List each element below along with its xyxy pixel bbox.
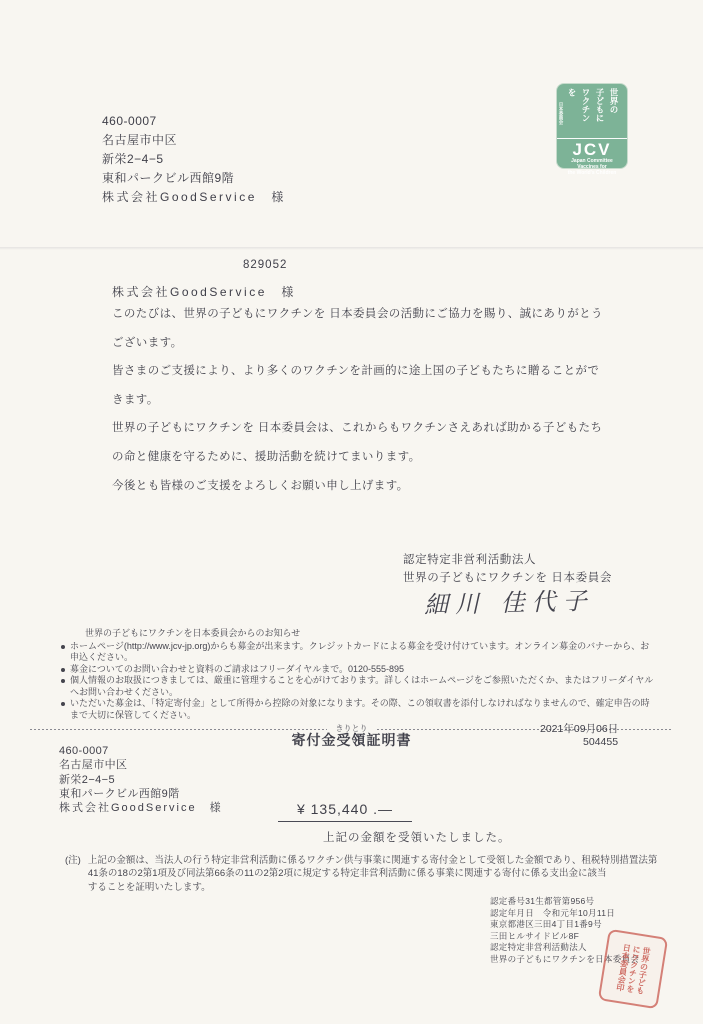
bullet-icon xyxy=(61,645,65,649)
note-line: することを証明いたします。 xyxy=(88,881,658,894)
bullet-icon xyxy=(61,702,65,706)
body-line: の命と健康を守るために、援助活動を続けてまいります。 xyxy=(112,443,603,472)
bullet-text: いただいた募金は、「特定寄付金」として所得から控除の対象になります。その際、この… xyxy=(70,698,658,721)
received-statement: 上記の金額を受領いたしました。 xyxy=(323,829,511,845)
bullet-text: 募金についてのお問い合わせと資料のご請求はフリーダイヤルまで。0120-555-… xyxy=(70,664,658,676)
bullet-icon xyxy=(61,668,65,672)
handwritten-signature: 細川 佳代子 xyxy=(424,581,594,620)
address-line: 名古屋市中区 xyxy=(102,131,286,150)
body-line: ございます。 xyxy=(112,329,603,358)
certificate-serial-number: 504455 xyxy=(583,736,618,749)
note-line: 上記の金額は、当法人の行う特定非営利活動に係るワクチン供与事業に関連する寄付金と… xyxy=(88,854,658,867)
address-line: 東和パークビル西館9階 xyxy=(59,787,223,801)
note-line: 41条の18の2第1項及び同法第66条の11の2第2項に規定する特定非営利活動に… xyxy=(88,867,658,880)
legal-note: (注) 上記の金額は、当法人の行う特定非営利活動に係るワクチン供与事業に関連する… xyxy=(65,854,657,894)
logo-text-col: 世界の xyxy=(607,88,620,138)
recipient-address-top: 460-0007 名古屋市中区 新栄2−4−5 東和パークビル西館9階 株式会社… xyxy=(102,112,286,207)
jcv-subtitle: the World's Children xyxy=(557,171,627,177)
donation-amount: ¥ 135,440 .— xyxy=(278,801,412,822)
logo-text-col: を xyxy=(565,88,578,138)
notice-section: 世界の子どもにワクチンを日本委員会からのお知らせ ホームページ(http://w… xyxy=(61,628,658,721)
letter-body: このたびは、世界の子どもにワクチンを 日本委員会の活動にご協力を賜り、誠にありが… xyxy=(112,300,603,500)
logo-text-col: ワクチン xyxy=(579,88,592,138)
recipient-name: 株式会社GoodService 様 xyxy=(59,801,223,815)
official-seal-stamp-icon: 世界の子ども にワクチンを 日本委員会印 xyxy=(598,929,669,1009)
body-line: きます。 xyxy=(112,386,603,415)
jcv-logo-japanese-text: 世界の 子どもに ワクチン を 日本委員会 xyxy=(557,84,625,138)
bullet-text: 個人情報のお取扱につきましては、厳重に管理することを心がけております。詳しくはホ… xyxy=(70,675,658,698)
address-line: 新栄2−4−5 xyxy=(102,150,286,169)
bullet-text: ホームページ(http://www.jcv-jp.org)からも募金が出来ます。… xyxy=(70,641,658,664)
notice-heading: 世界の子どもにワクチンを日本委員会からのお知らせ xyxy=(85,628,658,640)
salutation: 株式会社GoodService 様 xyxy=(112,283,296,300)
logo-text-sub: 日本委員会 xyxy=(558,102,564,138)
note-label: (注) xyxy=(65,854,81,894)
notice-bullet: 募金についてのお問い合わせと資料のご請求はフリーダイヤルまで。0120-555-… xyxy=(61,664,658,676)
certification-number: 認定番号31生都管第956号 xyxy=(490,896,639,908)
seal-text: 世界の子ども にワクチンを 日本委員会印 xyxy=(614,943,651,995)
donation-receipt-letter: 460-0007 名古屋市中区 新栄2−4−5 東和パークビル西館9階 株式会社… xyxy=(0,0,703,1024)
notice-bullet: いただいた募金は、「特定寄付金」として所得から控除の対象になります。その際、この… xyxy=(61,698,658,721)
jcv-acronym: JCV xyxy=(557,140,627,159)
logo-text-col: 子どもに xyxy=(593,88,606,138)
postal-code: 460-0007 xyxy=(59,744,223,758)
address-line: 東和パークビル西館9階 xyxy=(102,169,286,188)
certification-date: 認定年月日 令和元年10月11日 xyxy=(490,908,639,920)
recipient-address-certificate: 460-0007 名古屋市中区 新栄2−4−5 東和パークビル西館9階 株式会社… xyxy=(59,744,223,815)
postal-code: 460-0007 xyxy=(102,112,286,131)
certificate-date: 2021年09月06日 xyxy=(540,723,618,736)
reference-number: 829052 xyxy=(243,259,287,271)
fold-crease-line xyxy=(0,247,703,250)
jcv-logo-acronym-block: JCV Japan Committee Vaccines for the Wor… xyxy=(557,138,627,176)
recipient-name: 株式会社GoodService 様 xyxy=(102,188,286,207)
jcv-logo-icon: 世界の 子どもに ワクチン を 日本委員会 JCV Japan Committe… xyxy=(557,84,627,168)
notice-bullet: 個人情報のお取扱につきましては、厳重に管理することを心がけております。詳しくはホ… xyxy=(61,675,658,698)
address-line: 名古屋市中区 xyxy=(59,758,223,772)
body-line: 皆さまのご支援により、より多くのワクチンを計画的に途上国の子どもたちに贈ることが… xyxy=(112,357,603,386)
body-line: 世界の子どもにワクチンを 日本委員会は、これからもワクチンさえあれば助かる子ども… xyxy=(112,414,603,443)
notice-bullet: ホームページ(http://www.jcv-jp.org)からも募金が出来ます。… xyxy=(61,641,658,664)
note-text: 上記の金額は、当法人の行う特定非営利活動に係るワクチン供与事業に関連する寄付金と… xyxy=(88,854,658,894)
signature-org-type: 認定特定非営利活動法人 xyxy=(403,552,612,570)
certificate-date-block: 2021年09月06日 504455 xyxy=(540,723,618,749)
bullet-icon xyxy=(61,679,65,683)
body-line: 今後とも皆様のご支援をよろしくお願い申し上げます。 xyxy=(112,472,603,501)
body-line: このたびは、世界の子どもにワクチンを 日本委員会の活動にご協力を賜り、誠にありが… xyxy=(112,300,603,329)
address-line: 新栄2−4−5 xyxy=(59,773,223,787)
